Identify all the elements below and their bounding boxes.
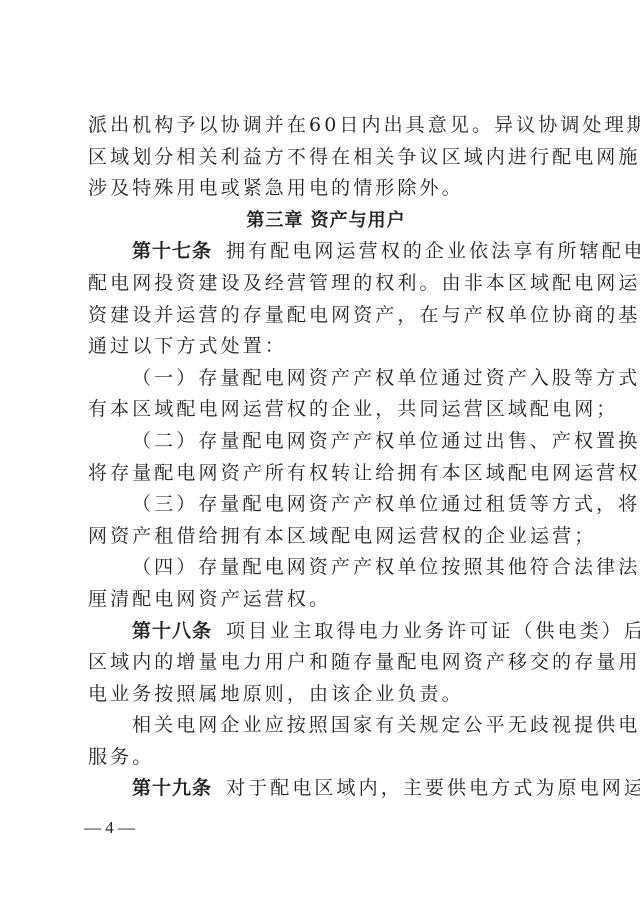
article-label: 第十八条 — [132, 620, 212, 642]
article-18-first-line: 第十八条项目业主取得电力业务许可证（供电类）后，配电 — [88, 616, 554, 648]
article-text: 拥有配电网运营权的企业依法享有所辖配电区域 — [226, 240, 640, 262]
article-label: 第十七条 — [132, 240, 212, 262]
text-line: 区域内的增量电力用户和随存量配电网资产移交的存量用户的配 — [88, 647, 554, 679]
text-line: 有本区域配电网运营权的企业，共同运营区域配电网； — [88, 394, 554, 426]
chapter-heading: 第三章 资产与用户 — [88, 205, 554, 237]
text-line: 厘清配电网资产运营权。 — [88, 584, 554, 616]
text-line: 配电网投资建设及经营管理的权利。由非本区域配电网运营主体投 — [88, 268, 554, 300]
list-item-3: （三）存量配电网资产产权单位通过租赁等方式，将存量配电 — [88, 489, 554, 521]
article-text: 对于配电区域内，主要供电方式为原电网运营企业 — [226, 777, 640, 799]
text-line: 派出机构予以协调并在60日内出具意见。异议协调处理期间配电 — [88, 110, 554, 142]
page-number: — 4 — — [84, 818, 135, 838]
article-17-first-line: 第十七条拥有配电网运营权的企业依法享有所辖配电区域 — [88, 236, 554, 268]
document-page: 派出机构予以协调并在60日内出具意见。异议协调处理期间配电 区域划分相关利益方不… — [88, 110, 554, 805]
text-line: 通过以下方式处置： — [88, 331, 554, 363]
article-19-first-line: 第十九条对于配电区域内，主要供电方式为原电网运营企业 — [88, 773, 554, 805]
text-line: 服务。 — [88, 742, 554, 774]
text-line: 资建设并运营的存量配电网资产，在与产权单位协商的基础上，可 — [88, 300, 554, 332]
article-text: 项目业主取得电力业务许可证（供电类）后，配电 — [226, 620, 640, 642]
article-label: 第十九条 — [132, 777, 212, 799]
list-item-4: （四）存量配电网资产产权单位按照其他符合法律法规的方式 — [88, 552, 554, 584]
text-line: 涉及特殊用电或紧急用电的情形除外。 — [88, 173, 554, 205]
list-item-1: （一）存量配电网资产产权单位通过资产入股等方式，参股拥 — [88, 363, 554, 395]
text-line: 区域划分相关利益方不得在相关争议区域内进行配电网施工建设， — [88, 142, 554, 174]
text-line: 电业务按照属地原则，由该企业负责。 — [88, 679, 554, 711]
text-line: 网资产租借给拥有本区域配电网运营权的企业运营； — [88, 521, 554, 553]
list-item-2: （二）存量配电网资产产权单位通过出售、产权置换等方式， — [88, 426, 554, 458]
paragraph-first-line: 相关电网企业应按照国家有关规定公平无歧视提供电网互联 — [88, 710, 554, 742]
text-line: 将存量配电网资产所有权转让给拥有本区域配电网运营权的企业； — [88, 458, 554, 490]
